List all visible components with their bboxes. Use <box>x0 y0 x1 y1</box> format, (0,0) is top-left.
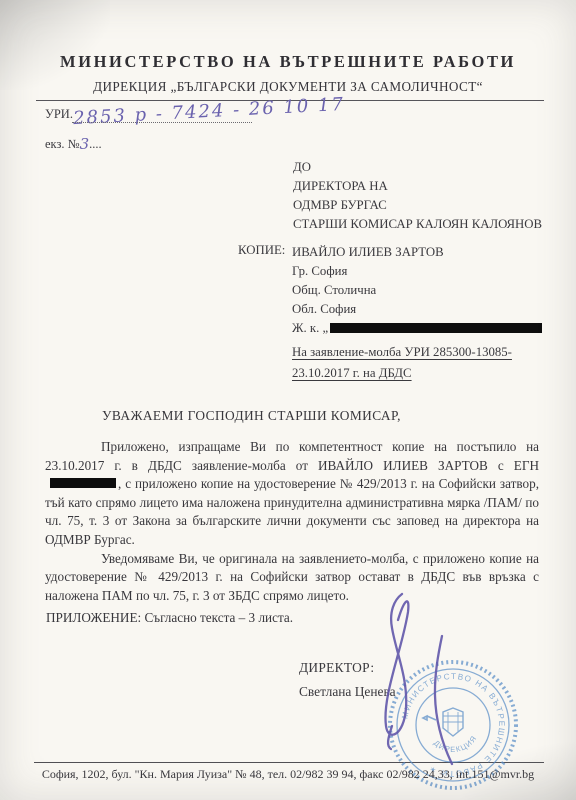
body-paragraph-1: Приложено, изпращаме Ви по компетентност… <box>45 438 539 550</box>
salutation: УВАЖАЕМИ ГОСПОДИН СТАРШИ КОМИСАР, <box>102 408 401 424</box>
copy-recipient-name: ИВАЙЛО ИЛИЕВ ЗАРТОВ <box>292 243 540 262</box>
address-prefix: Ж. к. „ <box>292 321 328 335</box>
ekz-dots: .... <box>89 137 102 151</box>
regarding-block: На заявление-молба УРИ 285300-13085- 23.… <box>292 342 512 384</box>
uri-label: УРИ. <box>45 107 73 121</box>
redaction-bar-egn <box>50 478 116 488</box>
svg-text:ДИРЕКЦИЯ: ДИРЕКЦИЯ <box>432 734 479 754</box>
director-title: ДИРЕКТОР: <box>299 660 374 676</box>
copy-recipient-line: Общ. Столична <box>292 281 540 300</box>
regarding-line: На заявление-молба УРИ 285300-13085- <box>292 345 512 359</box>
letterhead-ministry-title: МИНИСТЕРСТВО НА ВЪТРЕШНИТЕ РАБОТИ <box>0 52 576 72</box>
regarding-line: 23.10.2017 г. на ДБДС <box>292 366 412 380</box>
signature-ink <box>330 578 530 778</box>
stamp-inner-text: ДИРЕКЦИЯ <box>432 734 479 754</box>
copy-number-row: екз. №3.... <box>45 134 102 152</box>
attachment-line: ПРИЛОЖЕНИЕ: Съгласно текста – 3 листа. <box>46 610 293 626</box>
paragraph-text: , с приложено копие на удостоверение № 4… <box>45 476 539 547</box>
copy-recipient-address: Ж. к. „ <box>292 319 540 338</box>
scan-corner-shadow <box>0 0 110 90</box>
recipient-line: ОДМВР БУРГАС <box>293 196 542 215</box>
body-paragraph-2: Уведомяваме Ви, че оригинала на заявлени… <box>45 550 539 606</box>
copy-label: КОПИЕ: <box>238 243 285 258</box>
redaction-bar-address <box>330 323 542 333</box>
uri-dotted-line <box>72 122 252 123</box>
uri-row: УРИ. 2853 р - 7424 - 26 10 17 <box>45 107 73 122</box>
director-name: Светлана Ценева <box>299 684 396 700</box>
recipient-line: ДО <box>293 158 542 177</box>
recipient-line: ДИРЕКТОРА НА <box>293 177 542 196</box>
copy-recipient-line: Гр. София <box>292 262 540 281</box>
letterhead-directorate-subtitle: ДИРЕКЦИЯ „БЪЛГАРСКИ ДОКУМЕНТИ ЗА САМОЛИЧ… <box>0 79 576 95</box>
footer-address-line: София, 1202, бул. "Кн. Мария Луиза" № 48… <box>0 767 576 782</box>
copy-recipient-line: Обл. София <box>292 300 540 319</box>
footer-rule <box>34 762 544 763</box>
paragraph-text: Приложено, изпращаме Ви по компетентност… <box>45 439 539 473</box>
recipient-line: СТАРШИ КОМИСАР КАЛОЯН КАЛОЯНОВ <box>293 215 542 234</box>
ekz-handwritten-value: 3 <box>80 135 90 153</box>
ekz-label: екз. № <box>45 137 80 151</box>
copy-recipient-block: ИВАЙЛО ИЛИЕВ ЗАРТОВ Гр. София Общ. Столи… <box>292 243 540 338</box>
letter-body: Приложено, изпращаме Ви по компетентност… <box>45 438 539 605</box>
recipient-block: ДО ДИРЕКТОРА НА ОДМВР БУРГАС СТАРШИ КОМИ… <box>293 158 542 234</box>
